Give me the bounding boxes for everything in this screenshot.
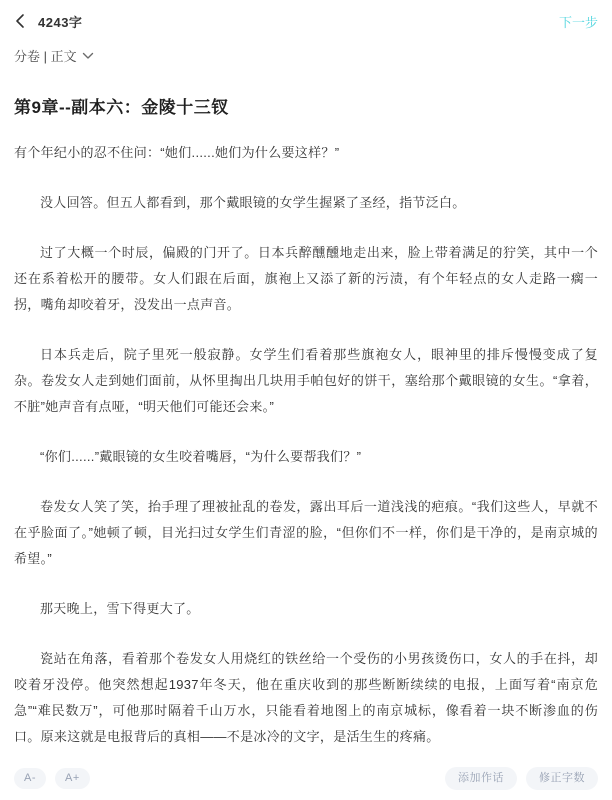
paragraph: 日本兵走后，院子里死一般寂静。女学生们看着那些旗袍女人，眼神里的排斥慢慢变成了复…	[14, 342, 598, 420]
paragraph: 没人回答。但五人都看到，那个戴眼镜的女学生握紧了圣经，指节泛白。	[14, 190, 598, 216]
word-count: 4243字	[38, 12, 82, 31]
paragraph: 过了大概一个时辰，偏殿的门开了。日本兵醉醺醺地走出来，脸上带着满足的狞笑，其中一…	[14, 240, 598, 318]
paragraph: 有个年纪小的忍不住问：“她们......她们为什么要这样？”	[14, 140, 598, 166]
paragraph: 那天晚上，雪下得更大了。	[14, 596, 598, 622]
next-step-button[interactable]: 下一步	[559, 12, 598, 31]
chapter-actions: 添加作话 修正字数	[445, 767, 598, 790]
chapter-content[interactable]: 有个年纪小的忍不住问：“她们......她们为什么要这样？” 没人回答。但五人都…	[0, 140, 612, 750]
volume-selector[interactable]: 分卷 | 正文	[0, 46, 612, 65]
paragraph: 瓷站在角落，看着那个卷发女人用烧红的铁丝给一个受伤的小男孩烫伤口，女人的手在抖，…	[14, 646, 598, 750]
paragraph: 卷发女人笑了笑，抬手理了理被扯乱的卷发，露出耳后一道浅浅的疤痕。“我们这些人，早…	[14, 494, 598, 572]
chapter-title: 第9章--副本六：金陵十三钗	[14, 93, 598, 118]
font-size-controls: A- A+	[14, 768, 90, 789]
bottom-toolbar: A- A+ 添加作话 修正字数	[0, 767, 612, 790]
font-increase-button[interactable]: A+	[55, 768, 90, 789]
add-author-note-button[interactable]: 添加作话	[445, 767, 517, 790]
volume-selector-label: 分卷 | 正文	[14, 46, 77, 65]
top-bar-left: 4243字	[14, 12, 82, 31]
paragraph: “你们......”戴眼镜的女生咬着嘴唇，“为什么要帮我们？”	[14, 444, 598, 470]
top-bar: 4243字 下一步	[0, 0, 612, 30]
chevron-down-icon	[82, 52, 94, 60]
fix-word-count-button[interactable]: 修正字数	[526, 767, 598, 790]
back-button[interactable]	[14, 13, 26, 29]
font-decrease-button[interactable]: A-	[14, 768, 46, 789]
chevron-left-icon	[14, 13, 26, 29]
